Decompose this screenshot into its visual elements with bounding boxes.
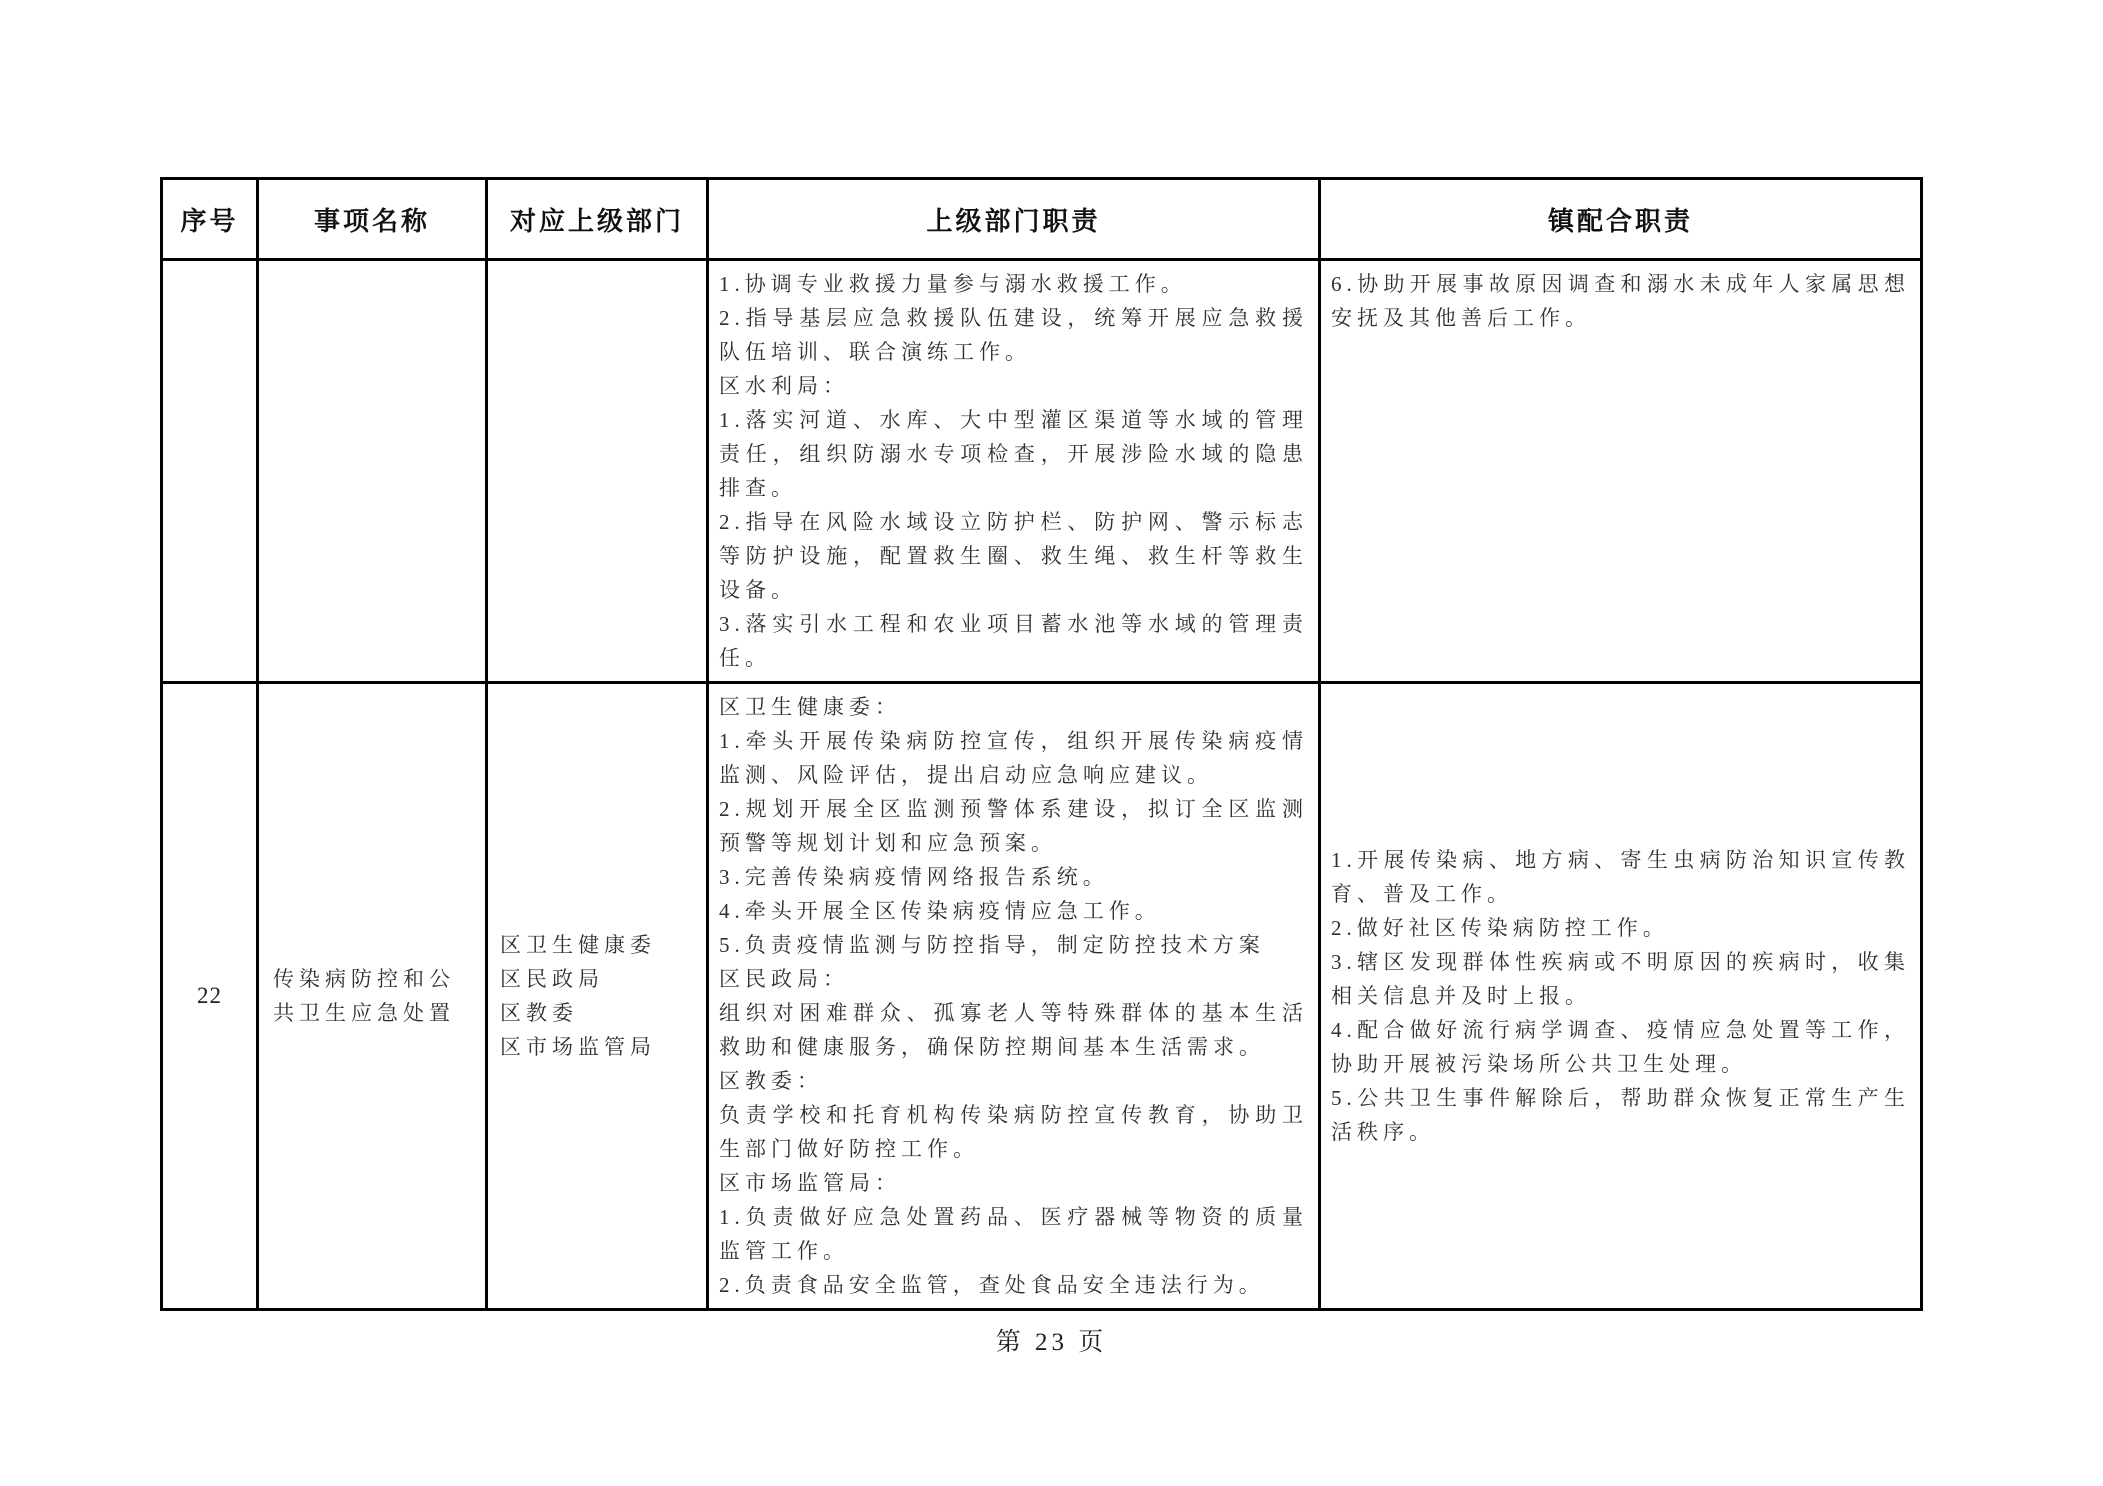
- department-line: 区市场监管局: [500, 1030, 694, 1064]
- col-header-item-name: 事项名称: [258, 179, 487, 260]
- cell-town-duties: 6.协助开展事故原因调查和溺水未成年人家属思想安抚及其他善后工作。: [1320, 260, 1922, 683]
- cell-item-name: 传染病防控和公共卫生应急处置: [258, 683, 487, 1310]
- duty-paragraph: 3.落实引水工程和农业项目蓄水池等水域的管理责任。: [719, 607, 1308, 675]
- department-line: 区教委: [500, 996, 694, 1030]
- col-header-departments: 对应上级部门: [487, 179, 708, 260]
- cell-seq: [162, 260, 258, 683]
- table-header-row: 序号 事项名称 对应上级部门 上级部门职责 镇配合职责: [162, 179, 1922, 260]
- document-page: 序号 事项名称 对应上级部门 上级部门职责 镇配合职责 1.协调专业救援力量参与…: [0, 0, 2103, 1486]
- duty-paragraph: 5.公共卫生事件解除后，帮助群众恢复正常生产生活秩序。: [1331, 1081, 1910, 1149]
- cell-item-name: [258, 260, 487, 683]
- table-row: 1.协调专业救援力量参与溺水救援工作。2.指导基层应急救援队伍建设，统筹开展应急…: [162, 260, 1922, 683]
- col-header-seq: 序号: [162, 179, 258, 260]
- duty-paragraph: 1.协调专业救援力量参与溺水救援工作。: [719, 267, 1308, 301]
- duty-paragraph: 区市场监管局：: [719, 1166, 1308, 1200]
- responsibility-table: 序号 事项名称 对应上级部门 上级部门职责 镇配合职责 1.协调专业救援力量参与…: [160, 177, 1923, 1311]
- duty-paragraph: 1.牵头开展传染病防控宣传，组织开展传染病疫情监测、风险评估，提出启动应急响应建…: [719, 724, 1308, 792]
- duty-paragraph: 区卫生健康委：: [719, 690, 1308, 724]
- duty-paragraph: 3.辖区发现群体性疾病或不明原因的疾病时，收集相关信息并及时上报。: [1331, 945, 1910, 1013]
- duty-paragraph: 5.负责疫情监测与防控指导，制定防控技术方案: [719, 928, 1308, 962]
- duty-paragraph: 1.落实河道、水库、大中型灌区渠道等水域的管理责任，组织防溺水专项检查，开展涉险…: [719, 403, 1308, 505]
- col-header-superior-duties: 上级部门职责: [708, 179, 1320, 260]
- cell-superior-duties: 1.协调专业救援力量参与溺水救援工作。2.指导基层应急救援队伍建设，统筹开展应急…: [708, 260, 1320, 683]
- page-footer: 第 23 页: [0, 1322, 2103, 1358]
- duty-paragraph: 区教委：: [719, 1064, 1308, 1098]
- duty-paragraph: 6.协助开展事故原因调查和溺水未成年人家属思想安抚及其他善后工作。: [1331, 267, 1910, 335]
- col-header-town-duties: 镇配合职责: [1320, 179, 1922, 260]
- duty-paragraph: 区水利局：: [719, 369, 1308, 403]
- department-line: 区卫生健康委: [500, 928, 694, 962]
- department-line: 区民政局: [500, 962, 694, 996]
- duty-paragraph: 3.完善传染病疫情网络报告系统。: [719, 860, 1308, 894]
- duty-paragraph: 2.规划开展全区监测预警体系建设，拟订全区监测预警等规划计划和应急预案。: [719, 792, 1308, 860]
- table-row: 22 传染病防控和公共卫生应急处置 区卫生健康委区民政局区教委区市场监管局 区卫…: [162, 683, 1922, 1310]
- cell-town-duties: 1.开展传染病、地方病、寄生虫病防治知识宣传教育、普及工作。2.做好社区传染病防…: [1320, 683, 1922, 1310]
- duty-paragraph: 2.指导在风险水域设立防护栏、防护网、警示标志等防护设施，配置救生圈、救生绳、救…: [719, 505, 1308, 607]
- cell-seq: 22: [162, 683, 258, 1310]
- cell-superior-duties: 区卫生健康委：1.牵头开展传染病防控宣传，组织开展传染病疫情监测、风险评估，提出…: [708, 683, 1320, 1310]
- duty-paragraph: 4.牵头开展全区传染病疫情应急工作。: [719, 894, 1308, 928]
- duty-paragraph: 1.开展传染病、地方病、寄生虫病防治知识宣传教育、普及工作。: [1331, 843, 1910, 911]
- duty-paragraph: 负责学校和托育机构传染病防控宣传教育，协助卫生部门做好防控工作。: [719, 1098, 1308, 1166]
- duty-paragraph: 区民政局：: [719, 962, 1308, 996]
- cell-departments: [487, 260, 708, 683]
- duty-paragraph: 4.配合做好流行病学调查、疫情应急处置等工作，协助开展被污染场所公共卫生处理。: [1331, 1013, 1910, 1081]
- duty-paragraph: 2.指导基层应急救援队伍建设，统筹开展应急救援队伍培训、联合演练工作。: [719, 301, 1308, 369]
- duty-paragraph: 1.负责做好应急处置药品、医疗器械等物资的质量监管工作。: [719, 1200, 1308, 1268]
- duty-paragraph: 2.做好社区传染病防控工作。: [1331, 911, 1910, 945]
- cell-departments: 区卫生健康委区民政局区教委区市场监管局: [487, 683, 708, 1310]
- duty-paragraph: 组织对困难群众、孤寡老人等特殊群体的基本生活救助和健康服务，确保防控期间基本生活…: [719, 996, 1308, 1064]
- duty-paragraph: 2.负责食品安全监管，查处食品安全违法行为。: [719, 1268, 1308, 1302]
